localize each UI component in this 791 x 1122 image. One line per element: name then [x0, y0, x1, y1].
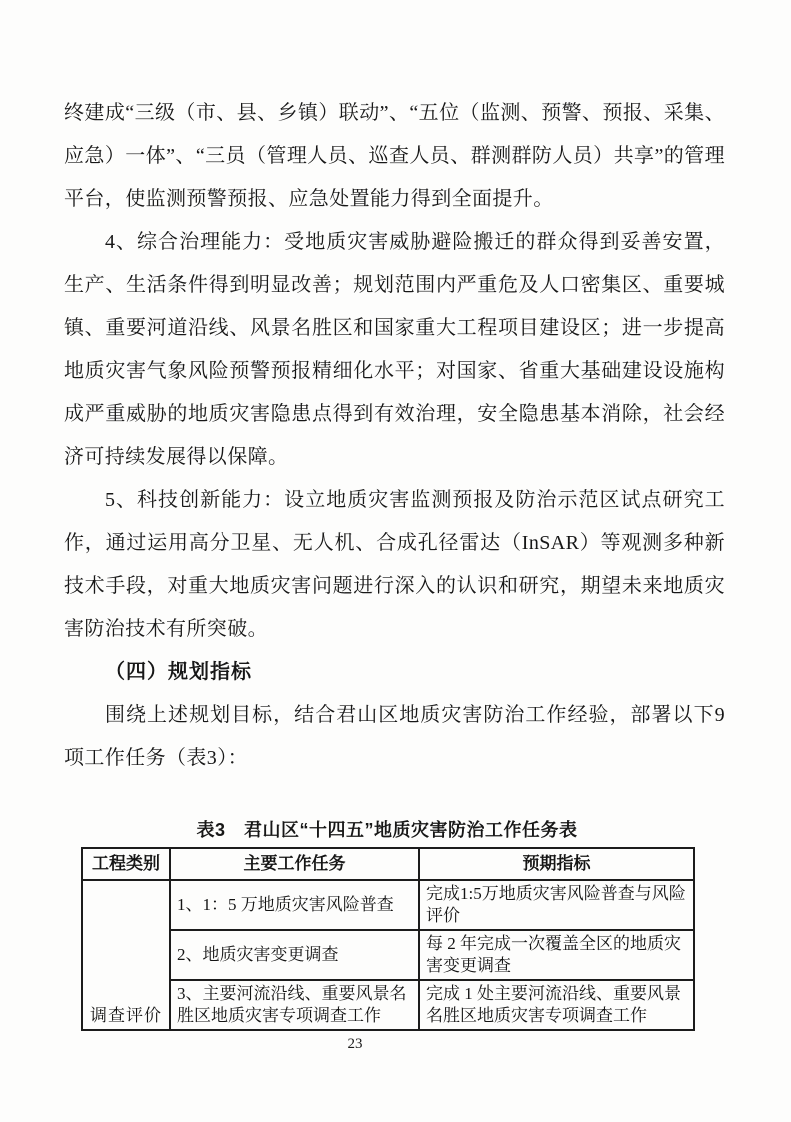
cell-target-2: 每 2 年完成一次覆盖全区的地质灾害变更调查 — [419, 930, 694, 980]
table-row: 调查评价 1、1：5 万地质灾害风险普查 完成1:5万地质灾害风险普查与风险评价 — [82, 880, 694, 930]
column-header-main-tasks: 主要工作任务 — [170, 848, 419, 880]
table-header-row: 工程类别 主要工作任务 预期指标 — [82, 848, 694, 880]
table-row: 2、地质灾害变更调查 每 2 年完成一次覆盖全区的地质灾害变更调查 — [82, 930, 694, 980]
task-table-area: 表3 君山区“十四五”地质灾害防治工作任务表 工程类别 主要工作任务 预期指标 … — [81, 818, 693, 1031]
paragraph-tech-innovation: 5、科技创新能力：设立地质灾害监测预报及防治示范区试点研究工作，通过运用高分卫星… — [64, 479, 725, 651]
paragraph-comprehensive-governance: 4、综合治理能力：受地质灾害威胁避险搬迁的群众得到妥善安置，生产、生活条件得到明… — [64, 221, 725, 479]
cell-task-1: 1、1：5 万地质灾害风险普查 — [170, 880, 419, 930]
section-heading-planning-indicators: （四）规划指标 — [64, 651, 725, 694]
scanned-document-page: 终建成“三级（市、县、乡镇）联动”、“五位（监测、预警、预报、采集、应急）一体”… — [0, 0, 791, 1122]
column-header-project-type: 工程类别 — [82, 848, 170, 880]
page-number: 23 — [0, 1036, 710, 1053]
column-header-expected-indicators: 预期指标 — [419, 848, 694, 880]
cell-task-2: 2、地质灾害变更调查 — [170, 930, 419, 980]
table-row: 3、主要河流沿线、重要风景名胜区地质灾害专项调查工作 完成 1 处主要河流沿线、… — [82, 980, 694, 1030]
paragraph-table-intro: 围绕上述规划目标，结合君山区地质灾害防治工作经验，部署以下9项工作任务（表3）： — [64, 694, 725, 780]
paragraph-platform-summary: 终建成“三级（市、县、乡镇）联动”、“五位（监测、预警、预报、采集、应急）一体”… — [64, 92, 725, 221]
task-table: 工程类别 主要工作任务 预期指标 调查评价 1、1：5 万地质灾害风险普查 完成… — [81, 847, 695, 1031]
document-page: { "document": { "paragraphs": { "p1": "终… — [0, 0, 791, 1122]
cell-task-3: 3、主要河流沿线、重要风景名胜区地质灾害专项调查工作 — [170, 980, 419, 1030]
cell-category-survey-evaluation: 调查评价 — [82, 880, 170, 1030]
cell-target-1: 完成1:5万地质灾害风险普查与风险评价 — [419, 880, 694, 930]
cell-target-3: 完成 1 处主要河流沿线、重要风景名胜区地质灾害专项调查工作 — [419, 980, 694, 1030]
table-title: 表3 君山区“十四五”地质灾害防治工作任务表 — [81, 818, 693, 842]
body-text-block: 终建成“三级（市、县、乡镇）联动”、“五位（监测、预警、预报、采集、应急）一体”… — [64, 92, 725, 780]
